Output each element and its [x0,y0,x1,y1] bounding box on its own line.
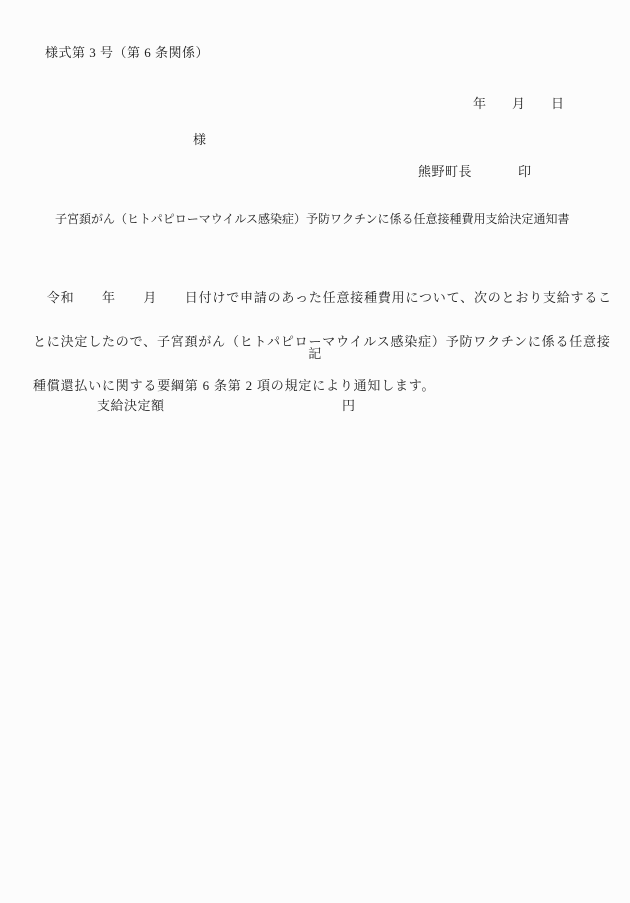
date-line: 年 月 日 [473,97,564,110]
body-line-3: 種償還払いに関する要綱第 6 条第 2 項の規定により通知します。 [33,379,618,397]
form-number: 様式第 3 号（第 6 条関係） [45,46,209,59]
issuer-name: 熊野町長 [418,165,472,178]
issuer-seal-mark: 印 [518,165,531,178]
body-line-1: 令和 年 月 日付けで申請のあった任意接種費用について、次のとおり支給するこ [33,291,618,309]
addressee-honorific: 様 [193,133,206,146]
amount-unit: 円 [342,399,355,412]
document-title: 子宮頚がん（ヒトパピローマウイルス感染症）予防ワクチンに係る任意接種費用支給決定… [55,213,569,225]
amount-label: 支給決定額 [97,399,165,412]
document-page: 様式第 3 号（第 6 条関係） 年 月 日 様 熊野町長 印 子宮頚がん（ヒト… [0,0,630,903]
record-marker: 記 [0,347,630,360]
